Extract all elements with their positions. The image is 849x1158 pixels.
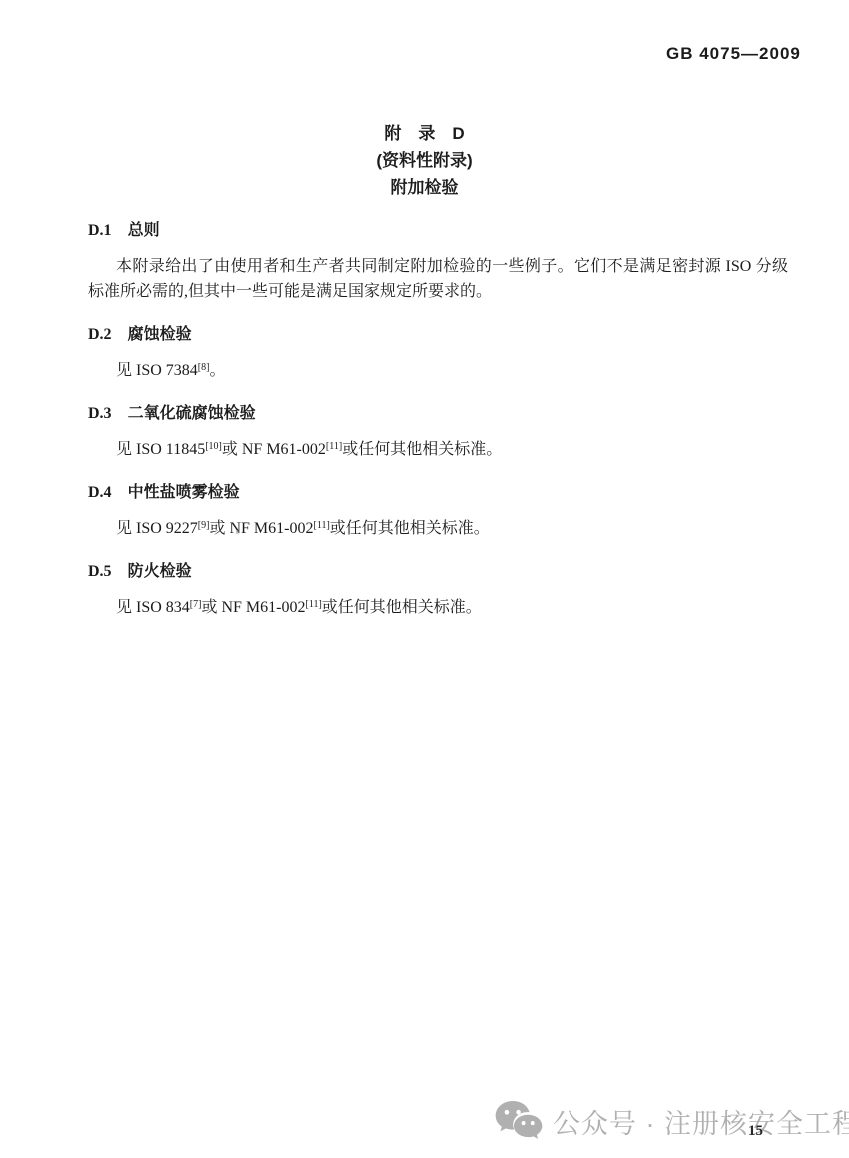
wechat-icon	[494, 1099, 544, 1143]
watermark-text: 公众号 · 注册核安全工程师	[553, 1102, 849, 1141]
section-d4: D.4中性盐喷雾检验 见 ISO 9227[9]或 NF M61-002[11]…	[88, 483, 788, 541]
section-heading: D.4中性盐喷雾检验	[88, 483, 788, 503]
section-paragraph: 见 ISO 11845[10]或 NF M61-002[11]或任何其他相关标准…	[88, 437, 788, 462]
section-number: D.5	[88, 563, 112, 580]
section-title: 中性盐喷雾检验	[128, 484, 240, 501]
section-paragraph: 见 ISO 9227[9]或 NF M61-002[11]或任何其他相关标准。	[88, 516, 788, 541]
appendix-title: 附 录 D	[0, 120, 849, 147]
page-number: 15	[748, 1123, 763, 1140]
section-number: D.1	[88, 222, 112, 239]
document-content: D.1总则 本附录给出了由使用者和生产者共同制定附加检验的一些例子。它们不是满足…	[88, 221, 788, 641]
section-d2: D.2腐蚀检验 见 ISO 7384[8]。	[88, 325, 788, 383]
appendix-subtitle: (资料性附录)	[0, 147, 849, 174]
section-heading: D.1总则	[88, 221, 788, 241]
section-title: 腐蚀检验	[128, 326, 192, 343]
section-heading: D.3二氧化硫腐蚀检验	[88, 404, 788, 424]
section-d3: D.3二氧化硫腐蚀检验 见 ISO 11845[10]或 NF M61-002[…	[88, 404, 788, 462]
section-paragraph: 见 ISO 834[7]或 NF M61-002[11]或任何其他相关标准。	[88, 595, 788, 620]
section-number: D.2	[88, 326, 112, 343]
section-heading: D.5防火检验	[88, 562, 788, 582]
appendix-name: 附加检验	[0, 174, 849, 201]
section-title: 总则	[128, 222, 160, 239]
section-title: 二氧化硫腐蚀检验	[128, 405, 256, 422]
appendix-title-block: 附 录 D (资料性附录) 附加检验	[0, 120, 849, 201]
section-d5: D.5防火检验 见 ISO 834[7]或 NF M61-002[11]或任何其…	[88, 562, 788, 620]
section-title: 防火检验	[128, 563, 192, 580]
section-paragraph: 见 ISO 7384[8]。	[88, 358, 788, 383]
section-number: D.3	[88, 405, 112, 422]
section-paragraph: 本附录给出了由使用者和生产者共同制定附加检验的一些例子。它们不是满足密封源 IS…	[88, 254, 788, 304]
section-number: D.4	[88, 484, 112, 501]
document-page: GB 4075—2009 附 录 D (资料性附录) 附加检验 D.1总则 本附…	[0, 0, 849, 1158]
standard-number-header: GB 4075—2009	[666, 44, 801, 64]
section-d1: D.1总则 本附录给出了由使用者和生产者共同制定附加检验的一些例子。它们不是满足…	[88, 221, 788, 304]
scan-artifact-dot	[236, 530, 239, 534]
section-heading: D.2腐蚀检验	[88, 325, 788, 345]
watermark: 公众号 · 注册核安全工程师	[494, 1099, 849, 1143]
